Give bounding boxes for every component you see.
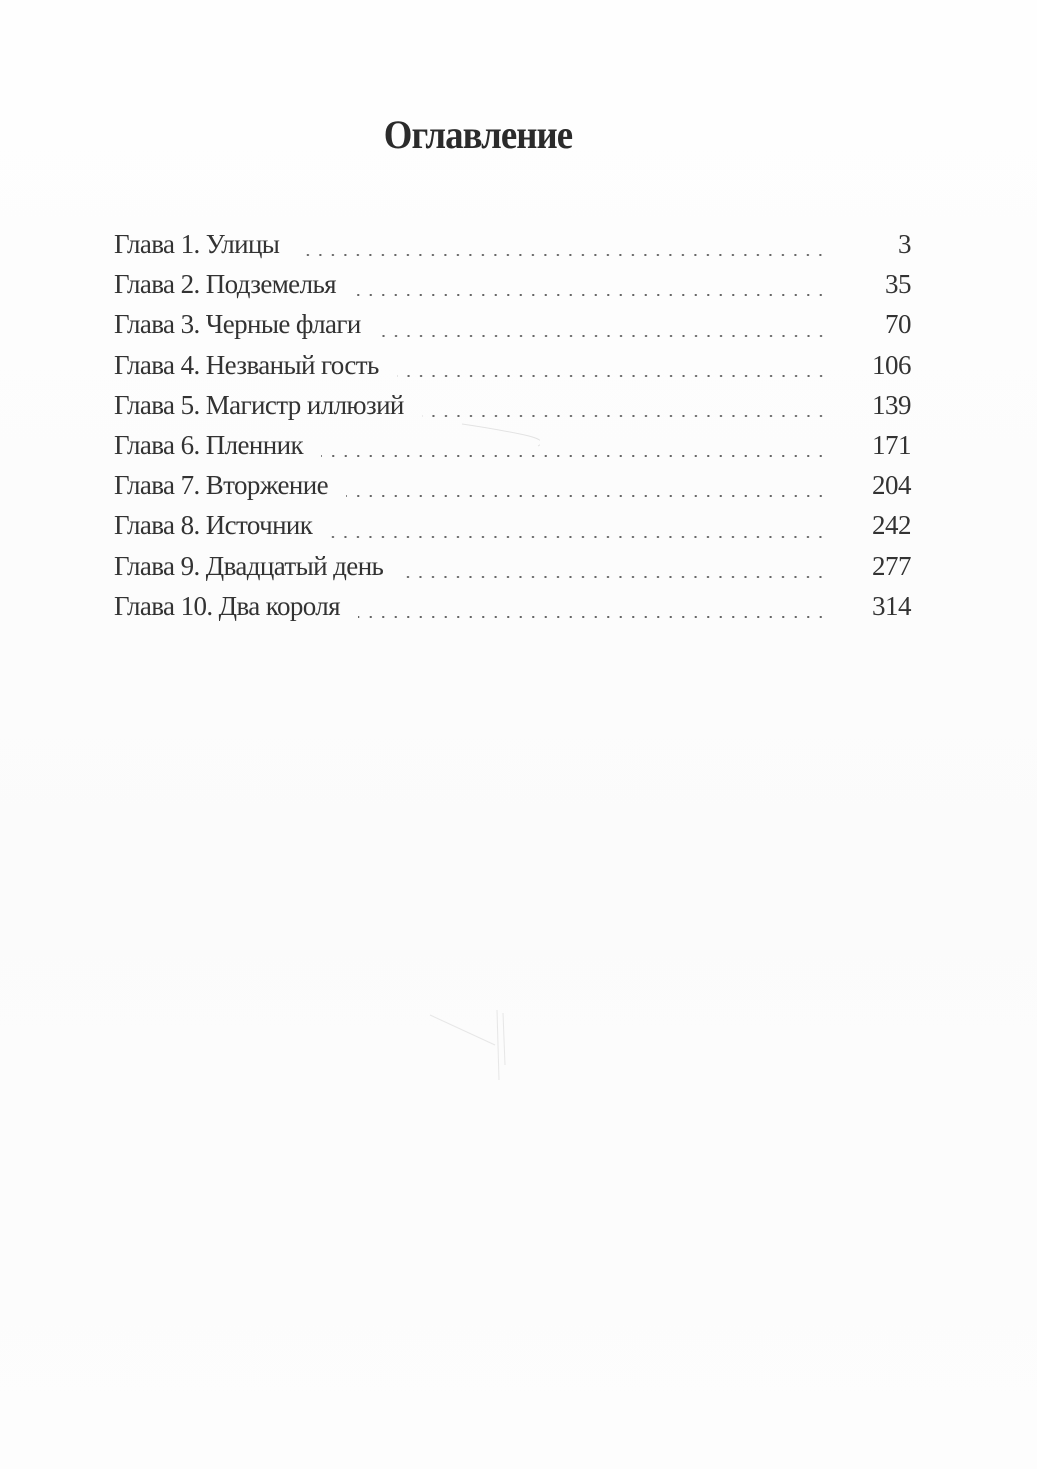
toc-entry-title: Глава 10. Два короля <box>114 588 340 624</box>
toc-entry-page: 139 <box>853 387 911 423</box>
dot-leader <box>397 375 827 377</box>
dot-leader <box>358 616 827 618</box>
toc-entry-page: 70 <box>853 306 911 342</box>
toc-entry-title: Глава 5. Магистр иллюзий <box>114 387 404 423</box>
toc-entry: Глава 3. Черные флаги 70 <box>114 306 911 346</box>
toc-entry-page: 242 <box>853 507 911 543</box>
toc-entry-page: 3 <box>853 226 911 262</box>
page-title: Оглавление <box>38 111 918 158</box>
toc-entry-title: Глава 3. Черные флаги <box>114 306 361 342</box>
dot-leader <box>321 455 827 457</box>
toc-entry-title: Глава 1. Улицы <box>114 226 279 262</box>
toc-entry: Глава 1. Улицы 3 <box>114 226 911 266</box>
toc-entry: Глава 4. Незваный гость 106 <box>114 347 911 387</box>
toc-entry-page: 35 <box>853 266 911 302</box>
dot-leader <box>354 294 827 296</box>
toc-entry: Глава 10. Два короля 314 <box>114 588 911 628</box>
toc-entry-page: 171 <box>853 427 911 463</box>
toc-entry-title: Глава 7. Вторжение <box>114 467 328 503</box>
toc-entry: Глава 9. Двадцатый день 277 <box>114 548 911 588</box>
toc-entry: Глава 8. Источник 242 <box>114 507 911 547</box>
paper-crease-mark <box>425 1005 515 1085</box>
toc-entry-title: Глава 8. Источник <box>114 507 312 543</box>
toc-entry-title: Глава 6. Пленник <box>114 427 303 463</box>
toc-entry-page: 314 <box>853 588 911 624</box>
dot-leader <box>379 335 827 337</box>
toc-entry-page: 204 <box>853 467 911 503</box>
toc-entry: Глава 2. Подземелья 35 <box>114 266 911 306</box>
toc-entry-page: 106 <box>853 347 911 383</box>
dot-leader <box>297 254 827 256</box>
toc-entry: Глава 7. Вторжение 204 <box>114 467 911 507</box>
dot-leader <box>401 576 827 578</box>
toc-entry-page: 277 <box>853 548 911 584</box>
book-page: Оглавление Глава 1. Улицы 3 Глава 2. Под… <box>0 0 1037 1469</box>
toc-entry-title: Глава 4. Незваный гость <box>114 347 379 383</box>
dot-leader <box>330 536 827 538</box>
dot-leader <box>346 495 827 497</box>
toc-entry-title: Глава 9. Двадцатый день <box>114 548 383 584</box>
toc-entry-title: Глава 2. Подземелья <box>114 266 336 302</box>
dot-leader <box>422 415 827 417</box>
paper-scratch-mark <box>460 420 540 450</box>
